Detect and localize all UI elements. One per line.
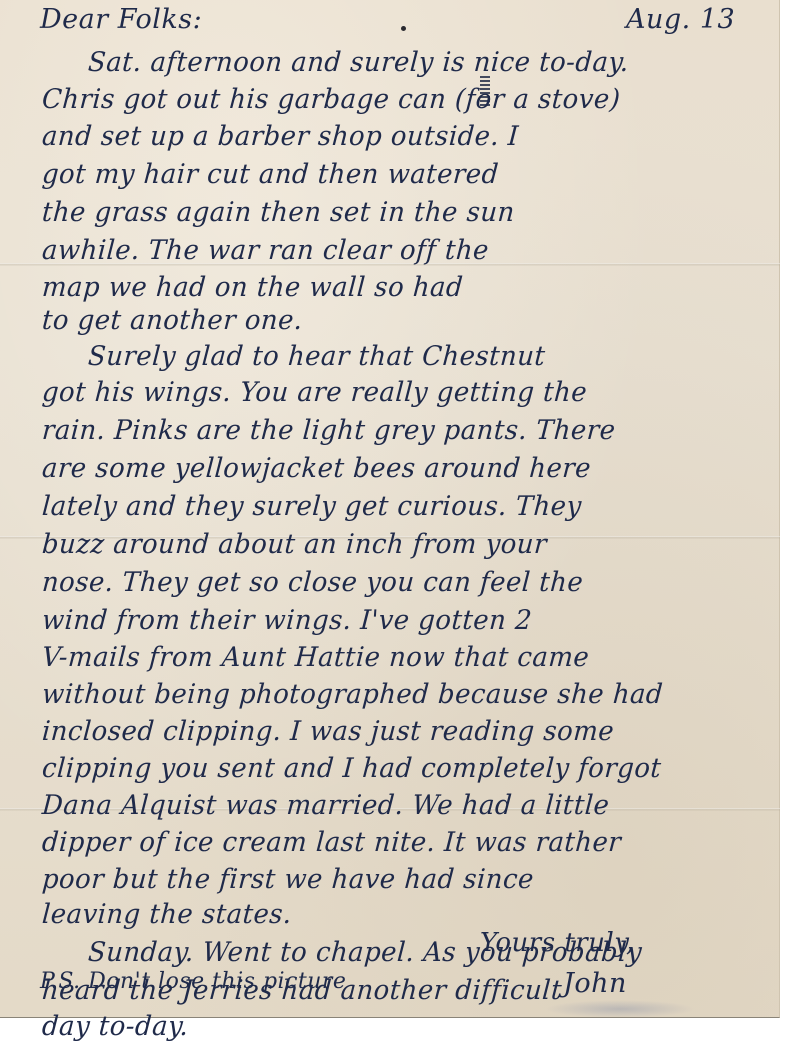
body-line: day to-day. bbox=[41, 1010, 190, 1024]
body-line: rain. Pinks are the light grey pants. Th… bbox=[41, 414, 617, 448]
body-line: are some yellowjacket bees around here bbox=[41, 452, 592, 486]
body-line: inclosed clipping. I was just reading so… bbox=[41, 715, 615, 749]
signature: John bbox=[563, 968, 627, 999]
body-line: got his wings. You are really getting th… bbox=[41, 376, 588, 410]
body-line: poor but the first we have had since bbox=[41, 863, 535, 897]
body-line: map we had on the wall so had bbox=[41, 271, 464, 305]
salutation: Dear Folks: bbox=[40, 4, 202, 35]
body-line: Sat. afternoon and surely is nice to-day… bbox=[87, 46, 630, 80]
body-line: to get another one. bbox=[41, 304, 304, 338]
body-line: Surely glad to hear that Chestnut bbox=[87, 340, 547, 374]
postscript: P.S. Don't lose this picture bbox=[40, 969, 346, 994]
body-line: Dana Alquist was married. We had a littl… bbox=[41, 789, 611, 823]
body-line: lately and they surely get curious. They bbox=[41, 490, 583, 524]
body-line: nose. They get so close you can feel the bbox=[41, 566, 584, 600]
body-line: leaving the states. bbox=[41, 898, 293, 932]
body-line: wind from their wings. I've gotten 2 bbox=[41, 604, 533, 638]
body-line: and set up a barber shop outside. I bbox=[41, 120, 520, 154]
body-line: buzz around about an inch from your bbox=[41, 528, 548, 562]
body-line: clipping you sent and I had completely f… bbox=[41, 752, 663, 786]
ink-dot bbox=[401, 26, 406, 31]
letter-page: Dear Folks: Aug. 13 Sat. afternoon and s… bbox=[0, 0, 780, 1018]
body-line: the grass again then set in the sun bbox=[41, 196, 516, 230]
body-line: without being photographed because she h… bbox=[41, 678, 664, 712]
body-line: got my hair cut and then watered bbox=[41, 158, 500, 192]
body-line: Chris got out his garbage can (for a sto… bbox=[41, 83, 622, 117]
closing: Yours truly, bbox=[480, 928, 635, 958]
letter-date: Aug. 13 bbox=[626, 4, 735, 35]
body-line: awhile. The war ran clear off the bbox=[41, 234, 490, 268]
body-line: dipper of ice cream last nite. It was ra… bbox=[41, 826, 622, 860]
ink-smudge bbox=[545, 1000, 695, 1018]
body-line: V-mails from Aunt Hattie now that came bbox=[41, 641, 591, 675]
